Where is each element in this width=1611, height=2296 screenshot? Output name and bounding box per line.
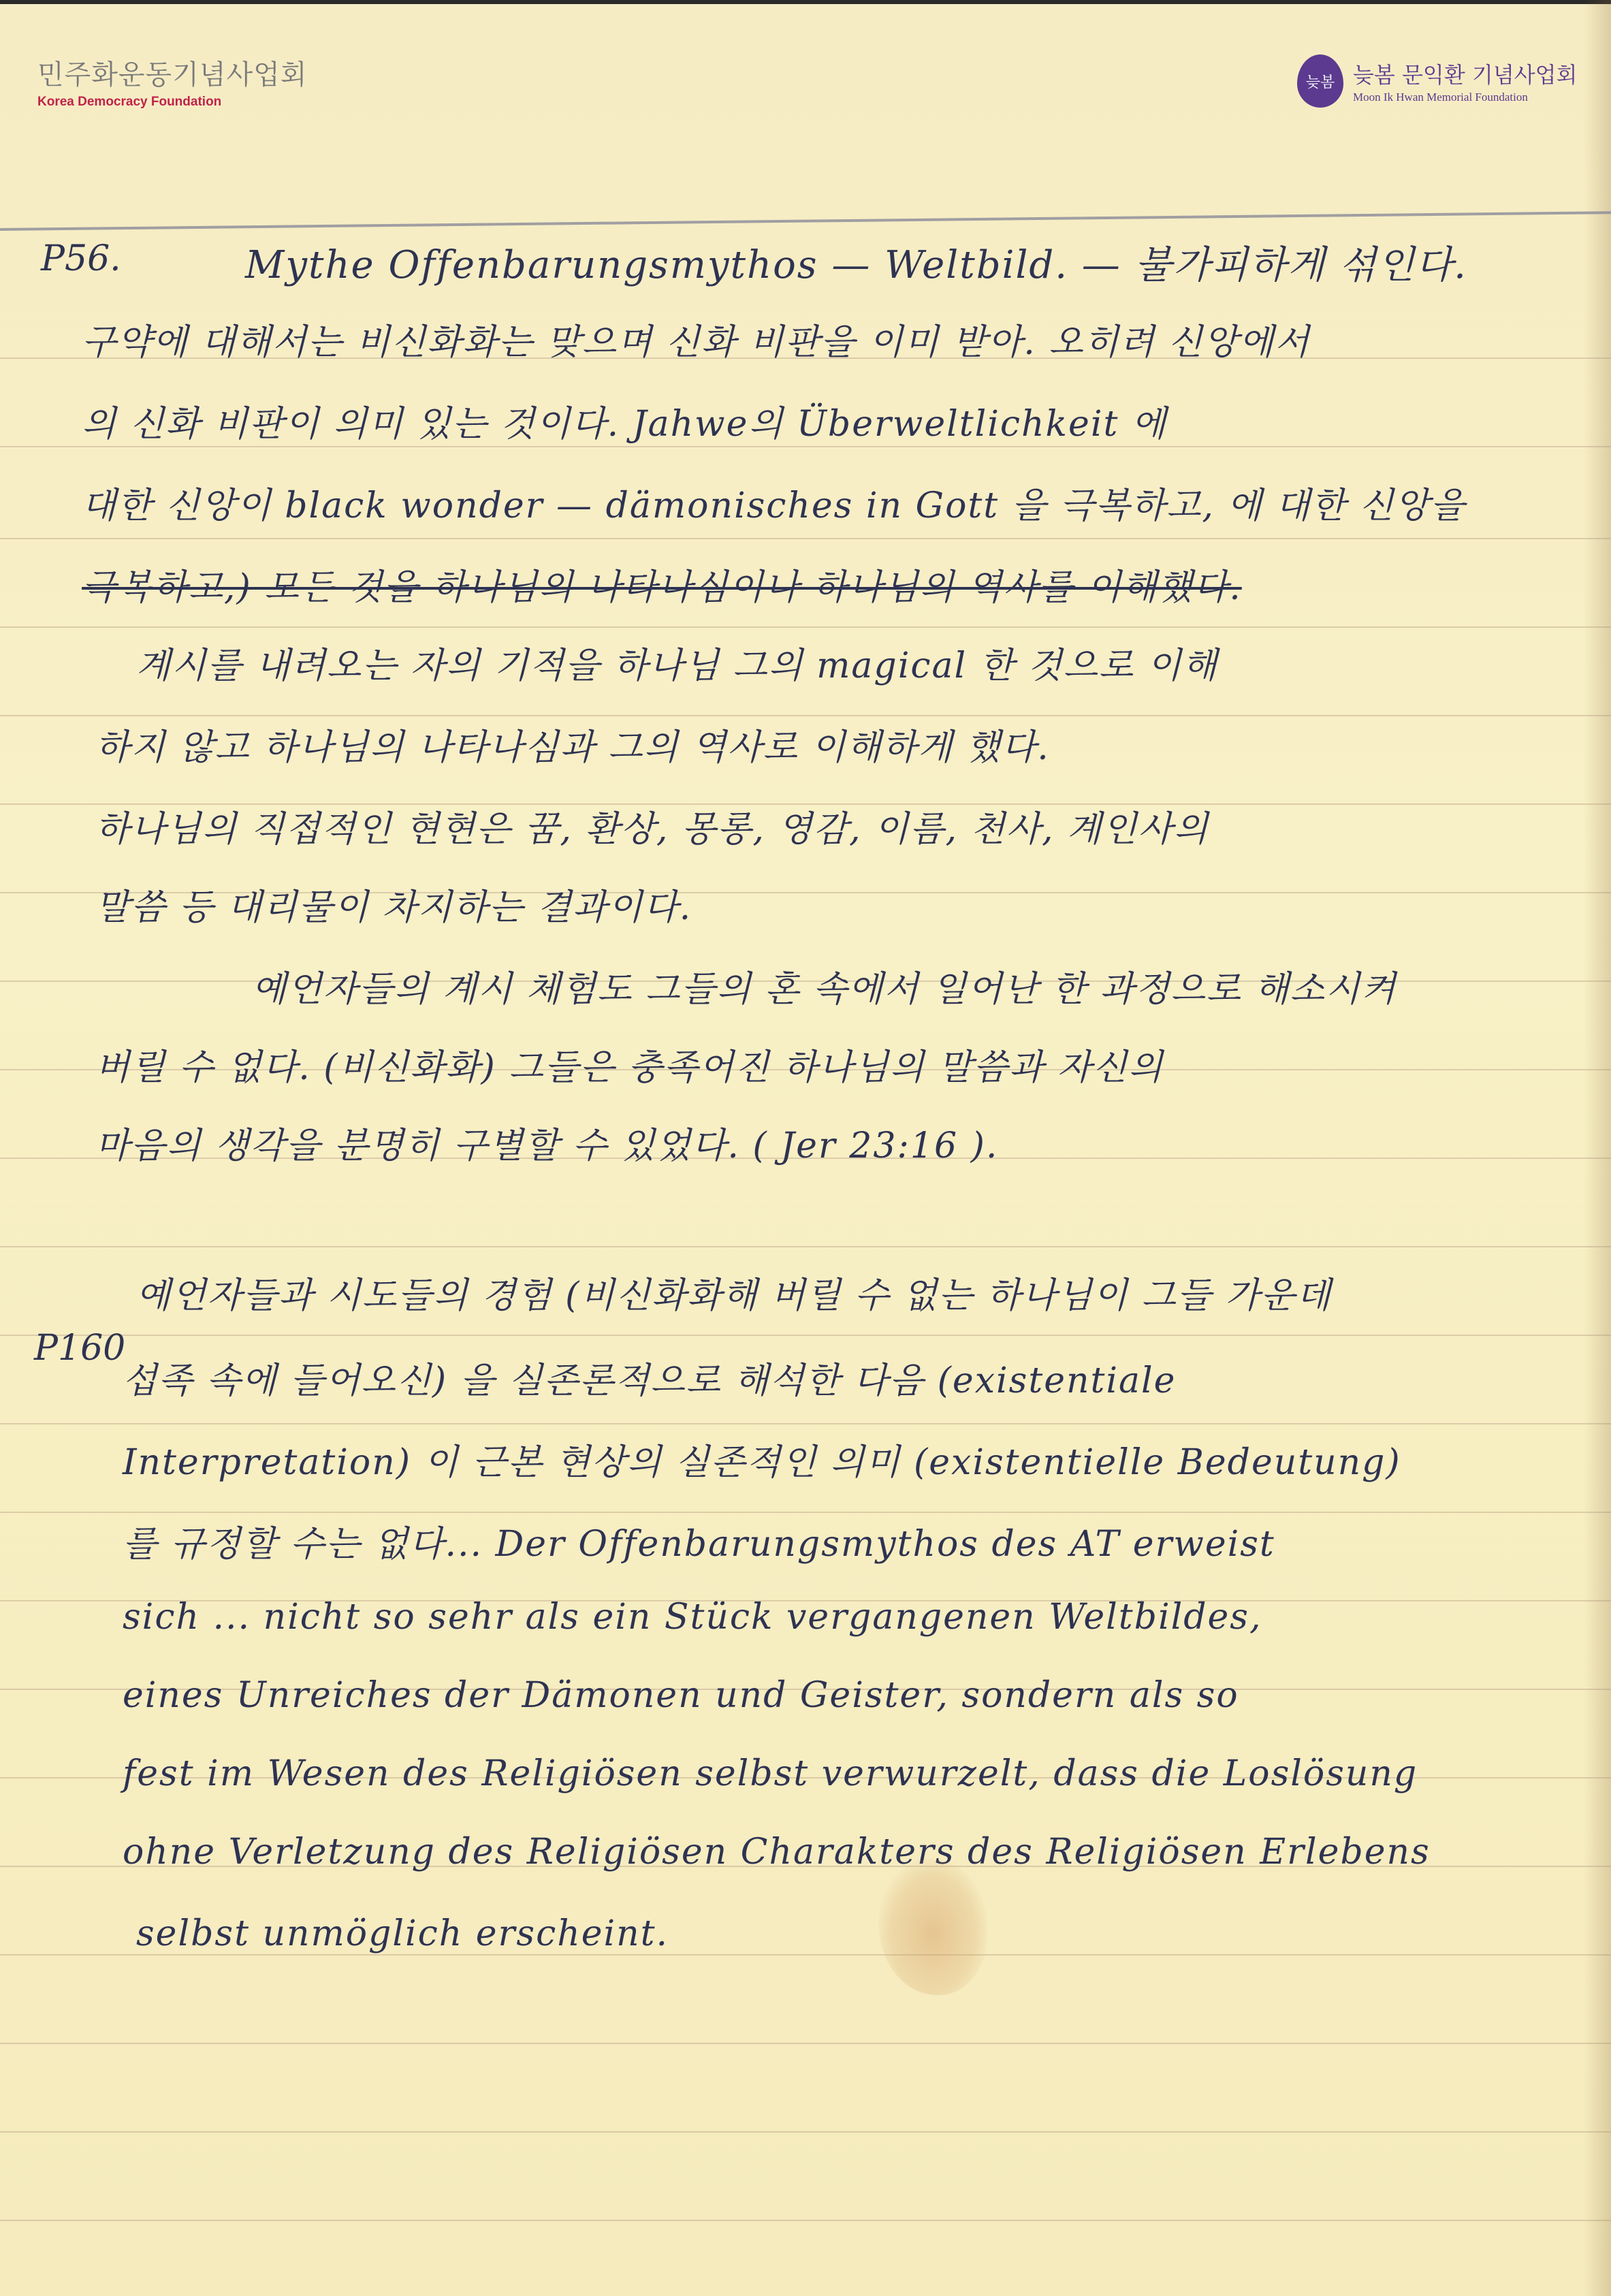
- scan-top-edge: [0, 0, 1611, 4]
- seal-icon: 늦봄: [1297, 54, 1343, 108]
- manuscript-line: 하나님의 직접적인 현현은 꿈, 환상, 몽롱, 영감, 이름, 천사, 계인사…: [95, 800, 1209, 851]
- header-rule: [0, 211, 1611, 231]
- ruled-line: [0, 715, 1611, 716]
- page-reference-p56: P56.: [41, 238, 121, 279]
- heading-line: Mythe Offenbarungsmythos — Weltbild. — 불…: [245, 235, 1467, 289]
- manuscript-line: fest im Wesen des Religiösen selbst verw…: [123, 1753, 1418, 1794]
- ruled-line: [0, 446, 1611, 447]
- manuscript-line: 섭족 속에 들어오신) 을 실존론적으로 해석한 다음 (existential…: [123, 1352, 1176, 1403]
- manuscript-line: selbst unmöglich erscheint.: [136, 1913, 669, 1954]
- manuscript-line: sich ... nicht so sehr als ein Stück ver…: [123, 1597, 1262, 1638]
- logo-english-text: Moon Ik Hwan Memorial Foundation: [1353, 91, 1577, 104]
- ruled-line: [0, 1423, 1611, 1424]
- struck-out-line: 극복하고,) 모든 것을 하나님의 나타나심이나 하나님의 역사를 이해했다.: [82, 558, 1242, 609]
- manuscript-line: 마음의 생각을 분명히 구별할 수 있었다. ( Jer 23:16 ).: [95, 1117, 998, 1168]
- ruled-line: [0, 1512, 1611, 1513]
- manuscript-line: 를 규정할 수는 없다... Der Offenbarungsmythos de…: [123, 1515, 1275, 1566]
- logo-korean-text: 민주화운동기념사업회: [37, 53, 307, 92]
- ruled-line: [0, 1954, 1611, 1956]
- manuscript-line: ohne Verletzung des Religiösen Charakter…: [123, 1832, 1431, 1872]
- manuscript-line: 구약에 대해서는 비신화화는 맞으며 신화 비판을 이미 받아. 오히려 신앙에…: [82, 313, 1311, 364]
- page-edge-shadow: [1584, 0, 1611, 2296]
- manuscript-line: 말씀 등 대리물이 차지하는 결과이다.: [95, 878, 692, 929]
- page-reference-p160: P160: [34, 1328, 125, 1369]
- ruled-line: [0, 538, 1611, 539]
- ruled-line: [0, 626, 1611, 628]
- manuscript-line: Interpretation) 이 근본 현상의 실존적인 의미 (existe…: [123, 1433, 1401, 1484]
- manuscript-line: 하지 않고 하나님의 나타나심과 그의 역사로 이해하게 했다.: [95, 718, 1050, 769]
- ruled-line: [0, 2220, 1611, 2221]
- manuscript-line: 계시를 내려오는 자의 기적을 하나님 그의 magical 한 것으로 이해: [136, 637, 1218, 688]
- ruled-line: [0, 1335, 1611, 1336]
- ruled-line: [0, 2043, 1611, 2044]
- manuscript-line: eines Unreiches der Dämonen und Geister,…: [123, 1675, 1239, 1716]
- logo-english-text: Korea Democracy Foundation: [37, 95, 307, 110]
- manuscript-line: 대한 신앙이 black wonder — dämonisches in Got…: [82, 477, 1466, 528]
- korea-democracy-foundation-logo: 민주화운동기념사업회 Korea Democracy Foundation: [37, 53, 307, 110]
- manuscript-line: 의 신화 비판이 의미 있는 것이다. Jahwe의 Überweltlichk…: [82, 395, 1167, 446]
- ruled-line: [0, 1246, 1611, 1247]
- moon-ik-hwan-foundation-logo: 늦봄 늦봄 문익환 기념사업회 Moon Ik Hwan Memorial Fo…: [1297, 54, 1577, 108]
- logo-korean-text: 늦봄 문익환 기념사업회: [1353, 58, 1577, 89]
- ruled-line: [0, 2131, 1611, 2133]
- manuscript-line: 예언자들과 시도들의 경험 (비신화화해 버릴 수 없는 하나님이 그들 가운데: [136, 1266, 1332, 1318]
- manuscript-line: 버릴 수 없다. (비신화화) 그들은 충족어진 하나님의 말씀과 자신의: [95, 1038, 1164, 1089]
- manuscript-line: 예언자들의 계시 체험도 그들의 혼 속에서 일어난 한 과정으로 해소시켜: [252, 960, 1397, 1011]
- paper-stain: [878, 1859, 987, 1995]
